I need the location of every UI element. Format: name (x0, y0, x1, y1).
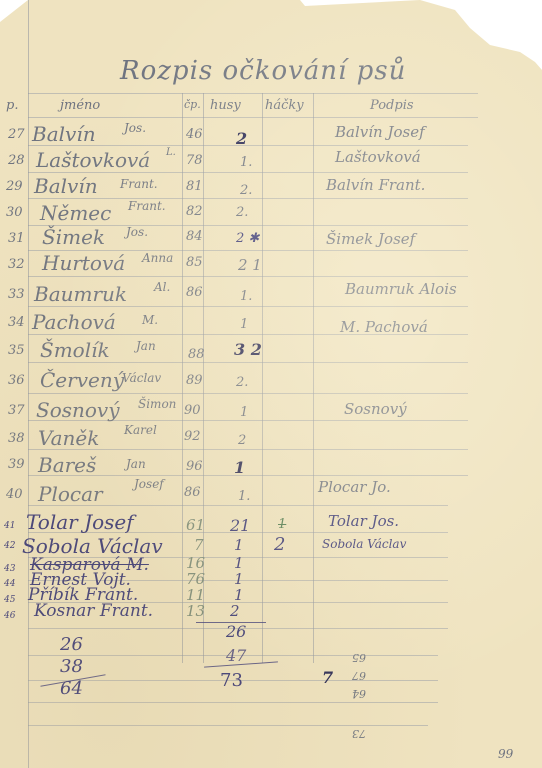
house-number: 13 (186, 604, 205, 619)
surname: Sosnový (36, 400, 120, 420)
house-number: 76 (186, 572, 205, 587)
left-sum-a: 26 (60, 636, 83, 654)
rule (28, 449, 468, 450)
first-name: Anna (142, 252, 173, 264)
signature: Plocar Jo. (318, 480, 391, 495)
dogs-count: 1 (234, 556, 244, 571)
rule (28, 225, 468, 226)
signature: M. Pachová (340, 320, 428, 335)
first-name: Jos. (126, 226, 148, 238)
surname: Ernest Vojt. (30, 572, 131, 589)
rule (28, 250, 468, 251)
dogs-total: 73 (220, 672, 243, 690)
first-name: L. (166, 148, 176, 158)
first-name: Karel (124, 424, 157, 436)
surname: Červený (40, 370, 124, 390)
house-number: 61 (186, 518, 205, 533)
row-number: 35 (8, 344, 25, 357)
column-line (313, 93, 314, 663)
bottom-note: 73 (352, 728, 366, 739)
surname: Laštovková (36, 150, 150, 170)
house-number: 82 (186, 205, 203, 218)
first-name: Josef (134, 478, 164, 490)
signature: Tolar Jos. (328, 514, 399, 529)
signature: Laštovková (335, 150, 421, 165)
row-number: 38 (8, 432, 25, 445)
row-number: 33 (8, 288, 25, 301)
dogs-count: 2. (236, 206, 248, 219)
first-name: Frant. (120, 178, 158, 190)
marginal-right-2: 67 (352, 670, 366, 681)
dogs-count: 1 (234, 538, 244, 553)
rule (28, 532, 448, 533)
row-number: 39 (8, 458, 25, 471)
signature: Sosnový (344, 402, 407, 417)
dogs-count: 1 (240, 406, 248, 419)
dogs-count: 3 2 (234, 342, 262, 358)
rule (28, 725, 428, 726)
row-number: 36 (8, 374, 25, 387)
row-number: 31 (8, 232, 25, 245)
house-number: 96 (186, 460, 203, 473)
surname: Tolar Josef (26, 512, 134, 532)
page-number: 99 (498, 748, 513, 760)
rule (28, 276, 468, 277)
column-line (203, 93, 204, 663)
rule (28, 393, 468, 394)
dogs-count: 1 (234, 460, 245, 476)
left-sum-total: 64 (60, 680, 83, 698)
rule (28, 475, 468, 476)
first-name: Václav (122, 372, 161, 384)
house-number: 90 (184, 404, 201, 417)
dogs-count: 2. (240, 184, 252, 197)
house-number: 84 (186, 230, 203, 243)
column-line (182, 93, 183, 663)
column-line (262, 93, 263, 663)
surname: Baumruk (34, 284, 127, 304)
house-number: 86 (184, 486, 201, 499)
dogs-count: 1. (240, 290, 252, 303)
signature: Balvín Josef (335, 125, 425, 140)
rule (28, 557, 448, 558)
dogs-count: 2 1 (238, 258, 262, 273)
bitches-count: 1 (278, 518, 286, 531)
dogs-carry: 47 (226, 648, 246, 664)
marginal-mark: 7 (322, 670, 333, 686)
dogs-count: 2 (230, 604, 240, 619)
row-number: 37 (8, 404, 25, 417)
first-name: Jos. (124, 122, 146, 134)
dogs-count: 2. (236, 376, 248, 389)
header-name: jméno (60, 99, 100, 112)
surname: Balvín (32, 124, 96, 144)
sum-line (204, 661, 278, 667)
bitches-count: 2 (274, 536, 285, 554)
surname: Plocar (38, 484, 103, 504)
row-number: 45 (4, 596, 15, 605)
first-name: Al. (154, 281, 170, 293)
rule (28, 702, 438, 703)
rule (28, 117, 478, 118)
house-number: 89 (186, 374, 203, 387)
surname: Bareš (38, 455, 96, 475)
row-number: 32 (8, 258, 25, 271)
first-name: Frant. (128, 200, 166, 212)
house-number: 88 (188, 348, 205, 361)
surname: Kasparová M. (30, 557, 149, 574)
row-number: 28 (8, 154, 25, 167)
signature: Balvín Frant. (326, 178, 425, 193)
sum-line (196, 622, 266, 623)
rule (28, 602, 448, 603)
signature: Sobola Václav (322, 538, 406, 550)
dogs-count: 2 (236, 131, 247, 147)
header-dogs: husy (210, 99, 241, 112)
document-page: Rozpis očkování psů p. jméno čp. husy há… (0, 0, 542, 768)
signature: Šimek Josef (326, 232, 415, 247)
house-number: 78 (186, 154, 203, 167)
row-number: 42 (4, 542, 15, 551)
surname: Pachová (32, 312, 116, 332)
header-no: p. (6, 99, 18, 112)
surname: Šmolík (40, 340, 110, 360)
surname: Šimek (42, 227, 105, 247)
dogs-count: 1 (234, 572, 244, 587)
first-name: Šimon (138, 398, 176, 410)
dogs-count: 1. (240, 156, 252, 169)
surname: Kosnar Frant. (34, 603, 153, 620)
surname: Sobola Václav (22, 536, 163, 556)
row-number: 43 (4, 565, 15, 574)
header-bitches: háčky (265, 99, 304, 112)
dogs-count: 2 ✱ (236, 232, 259, 245)
rule (28, 93, 478, 94)
signature: Baumruk Alois (345, 282, 457, 297)
rule (28, 680, 438, 681)
row-number: 40 (6, 488, 23, 501)
house-number: 16 (186, 556, 205, 571)
marginal-right-1: 65 (352, 652, 366, 663)
surname: Balvín (34, 176, 98, 196)
row-number: 41 (4, 522, 15, 531)
rule (28, 334, 468, 335)
page-title: Rozpis očkování psů (120, 58, 406, 84)
rule (28, 198, 468, 199)
house-number: 92 (184, 430, 201, 443)
surname: Hurtová (42, 253, 125, 273)
house-number: 11 (186, 588, 205, 603)
row-number: 44 (4, 580, 15, 589)
house-number: 85 (186, 256, 203, 269)
row-number: 29 (6, 180, 23, 193)
surname: Příbík Frant. (28, 587, 138, 604)
row-number: 34 (8, 316, 25, 329)
marginal-right-3: 64 (352, 688, 366, 699)
dogs-count: 21 (230, 518, 250, 534)
house-number: 7 (194, 538, 204, 553)
rule (28, 628, 448, 629)
rule (28, 420, 468, 421)
dogs-count: 2 (238, 434, 246, 447)
header-house-no: čp. (184, 99, 201, 110)
house-number: 81 (186, 180, 203, 193)
margin-line (28, 0, 29, 768)
sum-line (40, 674, 105, 686)
dogs-subtotal: 26 (226, 624, 246, 640)
dogs-count: 1 (234, 588, 244, 603)
first-name: Jan (126, 458, 146, 470)
rule (28, 172, 468, 173)
first-name: Jan (136, 340, 156, 352)
dogs-count: 1. (238, 490, 250, 503)
left-sum-b: 38 (60, 658, 83, 676)
dogs-count: 1 (240, 318, 248, 331)
rule (28, 145, 468, 146)
row-number: 30 (6, 206, 23, 219)
row-number: 27 (8, 128, 25, 141)
rule (28, 505, 448, 506)
house-number: 46 (186, 128, 203, 141)
house-number: 86 (186, 286, 203, 299)
header-signature: Podpis (370, 99, 414, 112)
first-name: M. (142, 314, 158, 326)
surname: Němec (40, 203, 111, 223)
rule (28, 306, 468, 307)
rule (28, 580, 448, 581)
rule (28, 655, 438, 656)
surname: Vaněk (38, 428, 99, 448)
row-number: 46 (4, 612, 15, 621)
rule (28, 362, 468, 363)
